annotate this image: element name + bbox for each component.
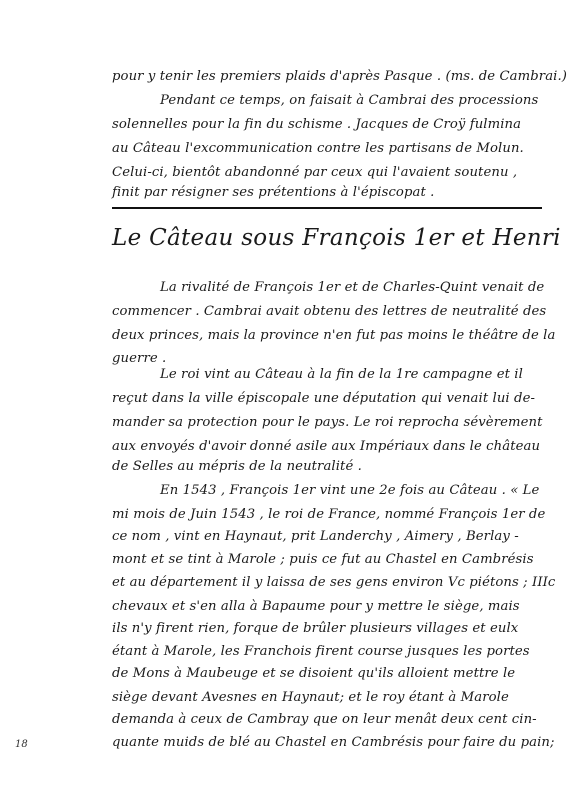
text-line: chevaux et s'en alla à Bapaume pour y me… [112, 598, 542, 616]
text-line: ce nom , vint en Haynaut, prit Landerchy… [112, 528, 542, 546]
text-line: commencer . Cambrai avait obtenu des let… [112, 303, 542, 321]
text-line: de Mons à Maubeuge et se disoient qu'ils… [112, 665, 542, 683]
text-line: demanda à ceux de Cambray que on leur me… [112, 711, 542, 729]
text-line: solennelles pour la fin du schisme . Jac… [112, 116, 542, 134]
text-line: En 1543 , François 1er vint une 2e fois … [160, 482, 542, 500]
text-line: aux envoyés d'avoir donné asile aux Impé… [112, 438, 542, 456]
text-line: deux princes, mais la province n'en fut … [112, 327, 542, 345]
text-line: reçut dans la ville épiscopale une déput… [112, 390, 542, 408]
text-line: mont et se tint à Marole ; puis ce fut a… [112, 551, 542, 569]
text-line: Pendant ce temps, on faisait à Cambrai d… [160, 92, 542, 110]
text-line: de Selles au mépris de la neutralité . [112, 458, 542, 476]
text-line: et au département il y laissa de ses gen… [112, 574, 542, 592]
text-line: au Câteau l'excommunication contre les p… [112, 140, 542, 158]
text-line: finit par résigner ses prétentions à l'é… [112, 184, 542, 202]
text-line: étant à Marole, les Franchois firent cou… [112, 643, 542, 661]
text-line: Celui-ci, bientôt abandonné par ceux qui… [112, 164, 542, 182]
text-line: pour y tenir les premiers plaids d'après… [112, 68, 542, 86]
section-heading: Le Câteau sous François 1er et Henri II … [112, 222, 542, 254]
text-line: mander sa protection pour le pays. Le ro… [112, 414, 542, 432]
text-line: quante muids de blé au Chastel en Cambré… [112, 734, 542, 752]
page-number: 18 [15, 739, 28, 750]
text-line: Le roi vint au Câteau à la fin de la 1re… [160, 366, 542, 384]
manuscript-page: pour y tenir les premiers plaids d'après… [0, 0, 567, 800]
text-line: siège devant Avesnes en Haynaut; et le r… [112, 689, 542, 707]
text-line: mi mois de Juin 1543 , le roi de France,… [112, 506, 542, 524]
text-line: La rivalité de François 1er et de Charle… [160, 279, 542, 297]
section-divider [112, 207, 542, 209]
text-line: ils n'y firent rien, forque de brûler pl… [112, 620, 542, 638]
